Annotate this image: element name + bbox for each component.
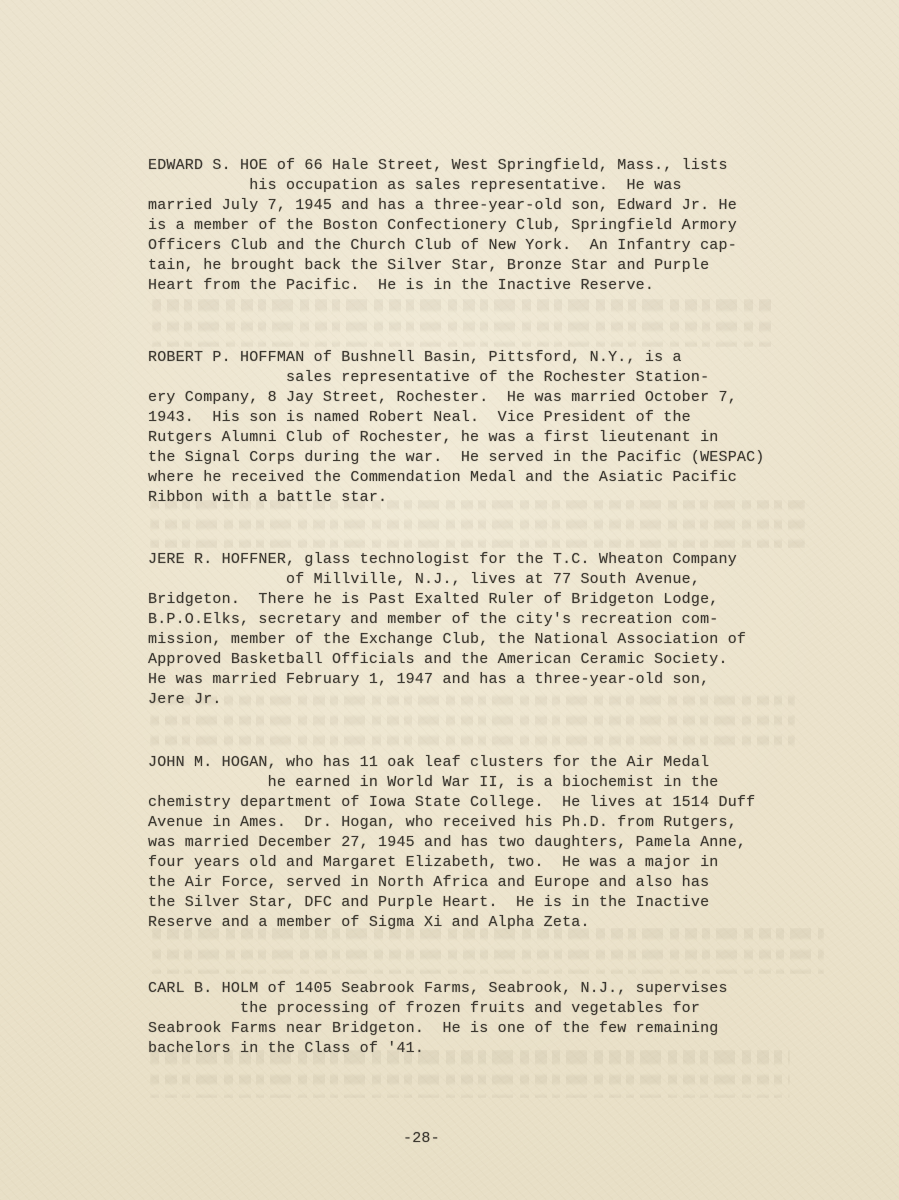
bleed-through-smudge [152,928,824,974]
bio-entry-robert-p-hoffman: ROBERT P. HOFFMAN of Bushnell Basin, Pit… [148,348,765,508]
bio-entry-edward-s-hoe: EDWARD S. HOE of 66 Hale Street, West Sp… [148,156,737,296]
bio-entry-john-m-hogan: JOHN M. HOGAN, who has 11 oak leaf clust… [148,753,755,933]
bleed-through-smudge [152,299,774,347]
bio-entry-jere-r-hoffner: JERE R. HOFFNER, glass technologist for … [148,550,746,710]
bio-entry-carl-b-holm: CARL B. HOLM of 1405 Seabrook Farms, Sea… [148,979,728,1059]
page-number: -28- [403,1129,440,1149]
scanned-typewritten-page: EDWARD S. HOE of 66 Hale Street, West Sp… [0,0,899,1200]
